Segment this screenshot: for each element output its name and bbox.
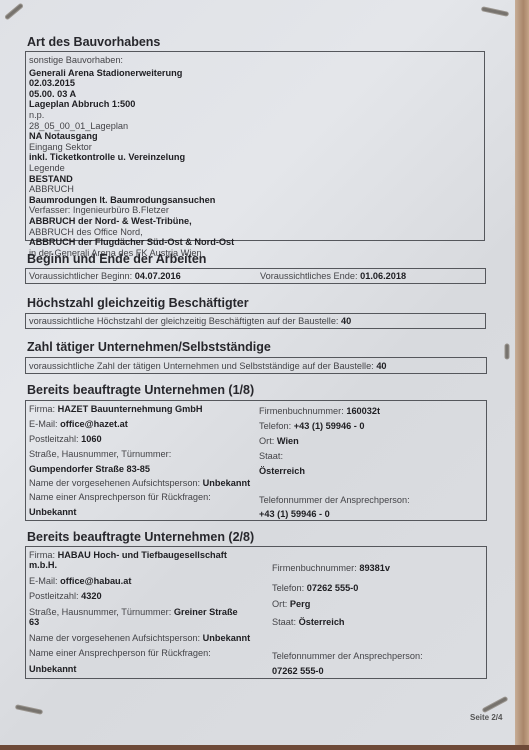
beginn-field: Voraussichtlicher Beginn: 04.07.2016: [29, 271, 181, 282]
hoechstzahl-value: 40: [341, 316, 351, 326]
bauvorhaben-line: NA Notausgang: [29, 131, 481, 142]
firma-1-ansprech-value: Unbekannt: [29, 507, 76, 518]
bauvorhaben-line: Lageplan Abbruch 1:500: [29, 99, 481, 110]
firma-2-plz-field: Postleitzahl: 4320: [29, 591, 102, 602]
firma-2-strasse-cont: 63: [29, 617, 39, 628]
ende-field: Voraussichtliches Ende: 01.06.2018: [260, 271, 406, 282]
hoechstzahl-field: voraussichtliche Höchstzahl der gleichze…: [29, 316, 351, 327]
zahl-unternehmen-box: voraussichtliche Zahl der tätigen Untern…: [25, 357, 487, 374]
beginn-ende-box: Voraussichtlicher Beginn: 04.07.2016 Vor…: [25, 268, 486, 284]
firma-1-staat-value: Österreich: [259, 466, 305, 477]
firma-1-telefon-field: Telefon: +43 (1) 59946 - 0: [259, 421, 365, 432]
art-des-bauvorhabens-box: sonstige Bauvorhaben: Generali Arena Sta…: [25, 51, 485, 241]
bauvorhaben-line: 05.00. 03 A: [29, 89, 481, 100]
bauvorhaben-line: 28_05_00_01_Lageplan: [29, 121, 481, 132]
firma-2-staat-field: Staat: Österreich: [272, 617, 345, 628]
firma-2-tel-ansprech-label: Telefonnummer der Ansprechperson:: [272, 651, 423, 662]
bauvorhaben-line: Verfasser: Ingenieurbüro B.Fletzer: [29, 205, 481, 216]
firma-2-fbn-field: Firmenbuchnummer: 89381v: [272, 563, 390, 574]
firma-2-tel-ansprech-value: 07262 555-0: [272, 666, 324, 677]
staple-icon: [506, 345, 509, 359]
table-edge: [0, 745, 529, 750]
firma-1-ansprech-label: Name einer Ansprechperson für Rückfragen…: [29, 492, 211, 503]
bauvorhaben-line: inkl. Ticketkontrolle u. Vereinzelung: [29, 152, 481, 163]
section-title-beginn-ende: Beginn und Ende der Arbeiten: [27, 252, 206, 266]
bauvorhaben-lines: Generali Arena Stadionerweiterung02.03.2…: [26, 68, 484, 259]
firma-2-ort-field: Ort: Perg: [272, 599, 310, 610]
firma-2-ansprech-value: Unbekannt: [29, 664, 76, 675]
zahl-unternehmen-field: voraussichtliche Zahl der tätigen Untern…: [29, 361, 387, 372]
firma-1-box: Firma: HAZET Bauunternehmung GmbH E-Mail…: [25, 400, 487, 521]
firma-1-strasse-label: Straße, Hausnummer, Türnummer:: [29, 449, 171, 460]
bauvorhaben-line: 02.03.2015: [29, 78, 481, 89]
firma-2-name-cont: m.b.H.: [29, 560, 57, 571]
firma-1-name-field: Firma: HAZET Bauunternehmung GmbH: [29, 404, 203, 415]
hoechstzahl-box: voraussichtliche Höchstzahl der gleichze…: [25, 313, 486, 329]
bauvorhaben-line: ABBRUCH der Nord- & West-Tribüne,: [29, 216, 481, 227]
firma-2-strasse-field: Straße, Hausnummer, Türnummer: Greiner S…: [29, 607, 238, 618]
firma-1-fbn-field: Firmenbuchnummer: 160032t: [259, 406, 380, 417]
bauvorhaben-line: Generali Arena Stadionerweiterung: [29, 68, 481, 79]
firma-2-box: Firma: HABAU Hoch- und Tiefbaugesellscha…: [25, 546, 487, 679]
bauvorhaben-line: Eingang Sektor: [29, 142, 481, 153]
bauvorhaben-line: n.p.: [29, 110, 481, 121]
firma-2-ansprech-label: Name einer Ansprechperson für Rückfragen…: [29, 648, 211, 659]
firma-1-plz-field: Postleitzahl: 1060: [29, 434, 102, 445]
section-title-hoechstzahl: Höchstzahl gleichzeitig Beschäftigter: [27, 296, 249, 310]
table-surface: [515, 0, 529, 750]
firma-1-email-field: E-Mail: office@hazet.at: [29, 419, 128, 430]
bauvorhaben-line: Legende: [29, 163, 481, 174]
bauvorhaben-line: ABBRUCH der Flugdächer Süd-Ost & Nord-Os…: [29, 237, 481, 248]
bauvorhaben-line: ABBRUCH: [29, 184, 481, 195]
firma-2-name-field: Firma: HABAU Hoch- und Tiefbaugesellscha…: [29, 550, 227, 561]
page-number: Seite 2/4: [470, 713, 502, 722]
firma-2-telefon-field: Telefon: 07262 555-0: [272, 583, 358, 594]
bauvorhaben-line: Baumrodungen lt. Baumrodungsansuchen: [29, 195, 481, 206]
beginn-value: 04.07.2016: [135, 271, 181, 281]
bauvorhaben-line: BESTAND: [29, 174, 481, 185]
firma-1-tel-ansprech-label: Telefonnummer der Ansprechperson:: [259, 495, 410, 506]
firma-2-aufsicht-field: Name der vorgesehenen Aufsichtsperson: U…: [29, 633, 250, 644]
firma-1-ort-field: Ort: Wien: [259, 436, 299, 447]
firma-1-tel-ansprech-value: +43 (1) 59946 - 0: [259, 509, 330, 520]
ende-value: 01.06.2018: [360, 271, 406, 281]
firma-2-email-field: E-Mail: office@habau.at: [29, 576, 131, 587]
firma-1-aufsicht-field: Name der vorgesehenen Aufsichtsperson: U…: [29, 478, 250, 489]
bauvorhaben-line: ABBRUCH des Office Nord,: [29, 227, 481, 238]
section-title-zahl-unternehmen: Zahl tätiger Unternehmen/Selbstständige: [27, 340, 271, 354]
zahl-unternehmen-value: 40: [376, 361, 386, 371]
section-title-firma-1: Bereits beauftragte Unternehmen (1/8): [27, 383, 254, 397]
firma-1-staat-label: Staat:: [259, 451, 283, 462]
section-title-art-des-bauvorhabens: Art des Bauvorhabens: [27, 35, 160, 49]
section-title-firma-2: Bereits beauftragte Unternehmen (2/8): [27, 530, 254, 544]
sonstige-bauvorhaben-label: sonstige Bauvorhaben:: [26, 52, 484, 68]
firma-1-strasse-value: Gumpendorfer Straße 83-85: [29, 464, 150, 475]
